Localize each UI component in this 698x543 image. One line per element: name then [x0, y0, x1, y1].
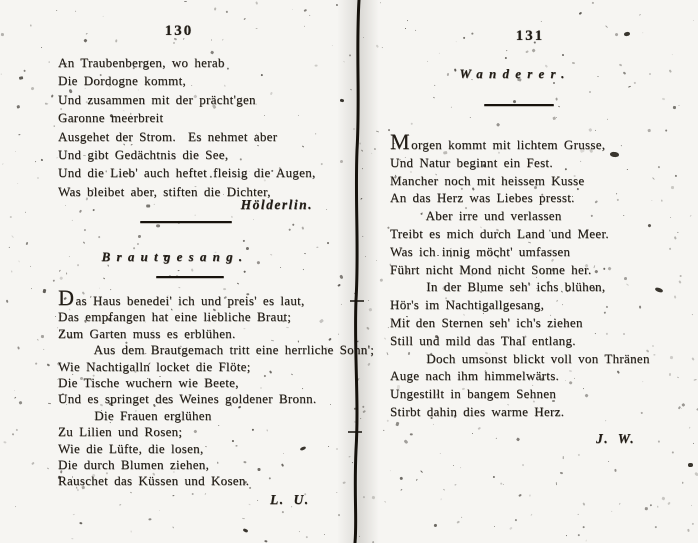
poem-title-brautgesang: Brautgesang. [55, 249, 295, 265]
poem-line: Zu Lilien und Rosen; [58, 424, 374, 440]
poem-line: Aber irre und verlassen [390, 207, 650, 225]
poem-fragment-lines: An Traubenbergen, wo herabDie Dordogne k… [58, 54, 316, 201]
poem-line: Rauschet das Küssen und Kosen. [58, 473, 374, 489]
poem-line: Garonne meerbreit [58, 109, 316, 127]
poem-line: Die durch Blumen ziehen, [58, 457, 374, 473]
poem-line: Und es springet des Weines goldener Bron… [58, 391, 374, 407]
poem-line: Und zusammen mit der prächt'gen [58, 91, 316, 109]
poem-line: Ungestillt in bangem Sehnen [390, 385, 650, 403]
poem-line: In der Blume seh' ichs blühen, [390, 278, 650, 296]
poem-line: Mancher noch mit heissem Kusse [390, 172, 650, 190]
poem-brautgesang-lines: Das Haus benedei' ich und preis' es laut… [58, 290, 374, 490]
section-divider-rule [140, 221, 232, 223]
poem-line: Treibt es mich durch Land und Meer. [390, 225, 650, 243]
poem-line: Führt nicht Mond nicht Sonne her. [390, 261, 650, 279]
poem-line: Die Dordogne kommt, [58, 72, 316, 90]
title-divider-rule-right [484, 104, 554, 106]
poem-line: Und die Lieb' auch heftet fleisig die Au… [58, 164, 316, 182]
poem-line: Was ich innig möcht' umfassen [390, 243, 650, 261]
poem-title-wanderer: Wanderer. [388, 66, 642, 82]
signature-left: L. U. [270, 492, 310, 508]
signature-right: J. W. [596, 431, 635, 447]
poem-line: Wie Nachtigalln locket die Flöte; [58, 359, 374, 375]
poem-line: Aus dem Brautgemach tritt eine herrliche… [58, 342, 374, 358]
poem-line: Die Frauen erglühen [58, 408, 374, 424]
poem-line: Hör's im Nachtigallgesang, [390, 296, 650, 314]
poem-line: An Traubenbergen, wo herab [58, 54, 316, 72]
poem-line: Zum Garten muss es erblühen. [58, 326, 374, 342]
poem-line: Stirbt dahin dies warme Herz. [390, 403, 650, 421]
page-number-left: 130 [55, 23, 303, 40]
book-scan: 130 An Traubenbergen, wo herabDie Dordog… [0, 0, 698, 543]
poem-line: Ausgehet der Strom. Es nehmet aber [58, 128, 316, 146]
right-page: 131 Wanderer. Morgen kommt mit lichtem G… [388, 0, 680, 543]
poem-line: Morgen kommt mit lichtem Grusse, [390, 133, 650, 154]
poem-line: Doch umsonst blickt voll von Thränen [390, 350, 650, 368]
poem-line: Das Haus benedei' ich und preis' es laut… [58, 290, 374, 309]
poem-attribution-hoelderlin: Hölderlin. [241, 197, 313, 213]
poem-line: Wie die Lüfte, die losen, [58, 441, 374, 457]
title-divider-rule-left [156, 276, 224, 278]
poem-line: Still und mild das Thal entlang. [390, 332, 650, 350]
poem-line: Und Natur beginnt ein Fest. [390, 154, 650, 172]
poem-line: Auge nach ihm himmelwärts. [390, 367, 650, 385]
poem-line: An das Herz was Liebes presst. [390, 189, 650, 207]
poem-line: Die Tische wuchern wie Beete, [58, 375, 374, 391]
poem-line: Mit den Sternen seh' ich's ziehen [390, 314, 650, 332]
page-number-right: 131 [388, 28, 672, 45]
left-page: 130 An Traubenbergen, wo herabDie Dordog… [55, 0, 347, 543]
poem-line: Und gibt Gedächtnis die See, [58, 146, 316, 164]
poem-line: Das empfangen hat eine liebliche Braut; [58, 309, 374, 325]
poem-wanderer-lines: Morgen kommt mit lichtem Grusse,Und Natu… [390, 133, 650, 421]
